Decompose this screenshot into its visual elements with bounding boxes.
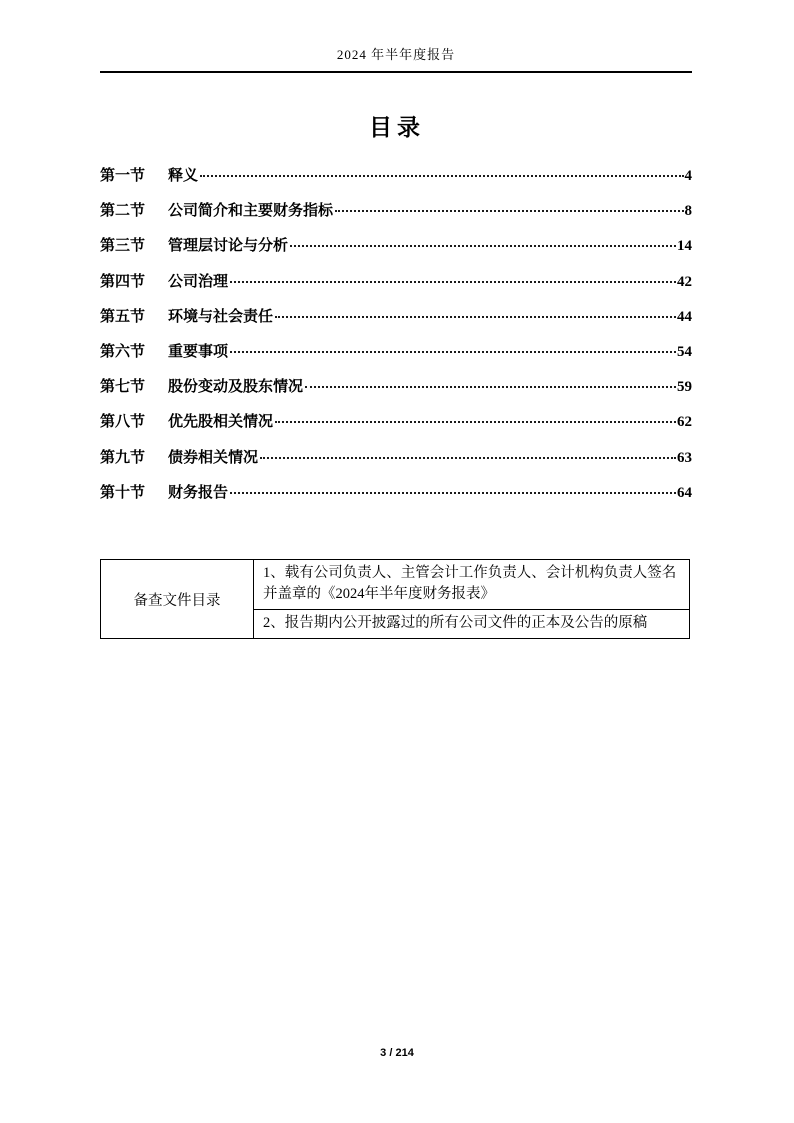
toc-section-label: 第二节: [100, 194, 168, 229]
reference-table-label: 备查文件目录: [101, 560, 254, 639]
toc-section-label: 第五节: [100, 300, 168, 335]
toc-entry[interactable]: 第一节 释义 4: [100, 159, 692, 194]
dot-leader: [275, 316, 676, 318]
report-title: 2024 年半年度报告: [100, 46, 692, 71]
toc-section-label: 第九节: [100, 441, 168, 476]
toc-section-label: 第四节: [100, 265, 168, 300]
toc-entry-title: 股份变动及股东情况: [168, 370, 303, 405]
toc-entry-title: 优先股相关情况: [168, 405, 273, 440]
page-header: 2024 年半年度报告: [100, 0, 692, 73]
toc-section-label: 第三节: [100, 229, 168, 264]
reference-table-item-1: 1、载有公司负责人、主管会计工作负责人、会计机构负责人签名并盖章的《2024年半…: [254, 560, 690, 610]
toc-entry[interactable]: 第六节 重要事项 54: [100, 335, 692, 370]
toc-entry-title: 财务报告: [168, 476, 228, 511]
toc-entry[interactable]: 第八节 优先股相关情况 62: [100, 405, 692, 440]
toc-entry[interactable]: 第四节 公司治理 42: [100, 265, 692, 300]
dot-leader: [200, 175, 683, 177]
toc-entry-title: 公司简介和主要财务指标: [168, 194, 333, 229]
dot-leader: [335, 210, 683, 212]
toc-page-number: 44: [677, 300, 692, 335]
toc-page-number: 8: [685, 194, 693, 229]
toc-entry-title: 环境与社会责任: [168, 300, 273, 335]
toc-page-number: 64: [677, 476, 692, 511]
toc-section-label: 第一节: [100, 159, 168, 194]
toc-entry[interactable]: 第十节 财务报告 64: [100, 476, 692, 511]
toc-entry[interactable]: 第九节 债券相关情况 63: [100, 441, 692, 476]
toc-page-number: 54: [677, 335, 692, 370]
report-page: 2024 年半年度报告 目录 第一节 释义 4 第二节 公司简介和主要财务指标 …: [0, 0, 794, 1123]
toc-page-number: 42: [677, 265, 692, 300]
toc-entry-title: 重要事项: [168, 335, 228, 370]
toc-page-number: 63: [677, 441, 692, 476]
reference-table-item-2: 2、报告期内公开披露过的所有公司文件的正本及公告的原稿: [254, 610, 690, 639]
reference-documents-table: 备查文件目录 1、载有公司负责人、主管会计工作负责人、会计机构负责人签名并盖章的…: [100, 559, 690, 639]
toc-page-number: 59: [677, 370, 692, 405]
table-row: 备查文件目录 1、载有公司负责人、主管会计工作负责人、会计机构负责人签名并盖章的…: [101, 560, 690, 610]
toc-section-label: 第六节: [100, 335, 168, 370]
toc-entry[interactable]: 第二节 公司简介和主要财务指标 8: [100, 194, 692, 229]
toc-entry-title: 债券相关情况: [168, 441, 258, 476]
toc-section-label: 第八节: [100, 405, 168, 440]
toc-entry[interactable]: 第三节 管理层讨论与分析 14: [100, 229, 692, 264]
dot-leader: [260, 457, 676, 459]
toc-entry[interactable]: 第五节 环境与社会责任 44: [100, 300, 692, 335]
page-number: 3 / 214: [0, 1047, 794, 1059]
dot-leader: [230, 351, 676, 353]
toc-section-label: 第十节: [100, 476, 168, 511]
toc-page-number: 62: [677, 405, 692, 440]
dot-leader: [275, 421, 676, 423]
dot-leader: [290, 245, 676, 247]
dot-leader: [305, 386, 676, 388]
dot-leader: [230, 281, 676, 283]
toc-entry[interactable]: 第七节 股份变动及股东情况 59: [100, 370, 692, 405]
toc-page-number: 4: [685, 159, 693, 194]
toc-page-number: 14: [677, 229, 692, 264]
table-of-contents: 第一节 释义 4 第二节 公司简介和主要财务指标 8 第三节 管理层讨论与分析 …: [100, 159, 692, 511]
dot-leader: [230, 492, 676, 494]
toc-section-label: 第七节: [100, 370, 168, 405]
toc-heading: 目录: [0, 113, 794, 143]
toc-entry-title: 公司治理: [168, 265, 228, 300]
toc-entry-title: 释义: [168, 159, 198, 194]
toc-entry-title: 管理层讨论与分析: [168, 229, 288, 264]
